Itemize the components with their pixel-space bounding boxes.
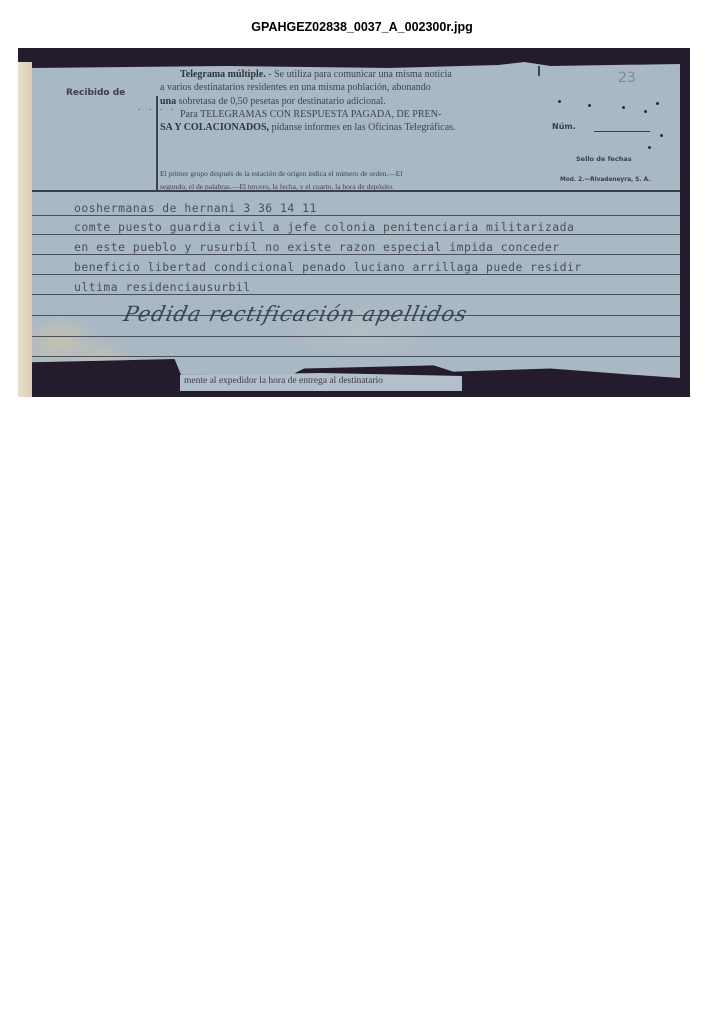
typed-line: ooshermanas de hernani 3 36 14 11 [74,201,317,215]
num-field-line [594,131,650,132]
date-stamp-label: Sello de fechas [576,155,632,163]
ink-speck [660,134,663,137]
printer-mark: Mod. 2.—Rivadeneyra, S. A. [560,177,650,183]
num-label: Núm. [552,122,576,131]
ink-speck [656,102,659,105]
ink-speck [558,100,561,103]
multiple-telegram-notice: Telegrama múltiple. - Se utiliza para co… [160,68,540,134]
typed-line: comte puesto guardia civil a jefe coloni… [74,220,574,234]
handwritten-note: Pedida rectificación apellidos [121,302,469,326]
notice-bold: SA Y COLACIONADOS, [160,122,269,133]
ink-speck [588,104,591,107]
ink-speck [648,146,651,149]
ink-speck [644,110,647,113]
footer-fragment: mente al expedidor la hora de entrega al… [184,376,383,386]
ink-speck [622,106,625,109]
paper-edge-strip [18,62,32,397]
notice-text: - Se utiliza para comunicar una misma no… [266,69,452,80]
notice-text: Para TELEGRAMAS CON RESPUESTA PAGADA, DE… [180,109,441,120]
file-title: GPAHGEZ02838_0037_A_002300r.jpg [0,20,724,34]
notice-bold: una [160,96,176,107]
ruled-line [32,356,680,357]
ruled-line [32,254,680,255]
typed-line: ultima residenciausurbil [74,280,251,294]
instructions-line: El primer grupo después de la estación d… [160,168,540,181]
scanned-telegram-image: mente al expedidor la hora de entrega al… [18,48,690,397]
ruled-line [32,274,680,275]
notice-bold: Telegrama múltiple. [180,69,266,80]
ruled-line [32,336,680,337]
notice-text: a varios destinatarios residentes en una… [160,82,431,93]
received-from-label: Recibido de [66,88,125,98]
telegram-header: Recibido de . . . . Telegrama múltiple. … [32,62,680,190]
stamp-number: 23 [618,70,636,86]
header-bottom-rule [32,190,680,192]
typed-line: en este pueblo y rusurbil no existe razo… [74,240,560,254]
notice-text: sobretasa de 0,50 pesetas por destinatar… [176,96,386,107]
ruled-line [32,234,680,235]
notice-text: pídanse informes en las Oficinas Telegrá… [269,122,456,133]
ruled-line [32,294,680,295]
typed-line: beneficio libertad condicional penado lu… [74,260,582,274]
ruled-line [32,215,680,216]
telegram-form: Recibido de . . . . Telegrama múltiple. … [32,62,680,378]
